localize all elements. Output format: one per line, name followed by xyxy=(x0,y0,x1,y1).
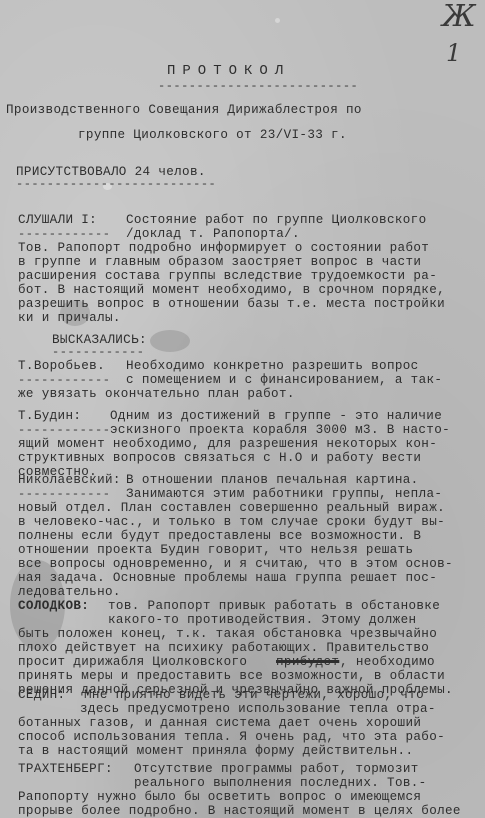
speaker-underline: ------------ xyxy=(18,373,110,387)
heard-body-line: Тов. Рапопорт подробно информирует о сос… xyxy=(18,241,429,255)
speech-line: в человеко-час., и только в том случае с… xyxy=(18,515,445,529)
speaker-underline: ------------ xyxy=(18,487,110,501)
speech-line: ледовательно. xyxy=(18,585,121,599)
spoke-heading-underline: ------------ xyxy=(52,345,144,359)
paper-stain xyxy=(150,330,190,352)
speaker-name: Т.Воробьев. xyxy=(18,359,105,373)
heard-body-line: разрешить вопрос в отношении базы т.е. м… xyxy=(18,297,445,311)
heard-body-line: ки и причалы. xyxy=(18,311,121,325)
document-page: Ж 1 ПРОТОКОЛ -------------------------- … xyxy=(0,0,485,818)
heard-body-line: бот. В настоящий момент необходимо, в ср… xyxy=(18,283,445,297)
speech-line: новый отдел. План составлен совершенно р… xyxy=(18,501,445,515)
speaker-underline: ------------ xyxy=(18,423,110,437)
speech-line: отношении проекта Будин говорит, что нел… xyxy=(18,543,413,557)
speech-line: с помещением и с финансированием, а так- xyxy=(126,373,442,387)
speech-line: ящий момент необходимо, для разрешения н… xyxy=(18,437,437,451)
speech-line: , необходимо xyxy=(340,655,435,669)
speech-line: ная задача. Основные проблемы наша групп… xyxy=(18,571,437,585)
speech-line: какого-то противодействия. Этому должен xyxy=(108,613,416,627)
speech-line: полнены если будут предоставлены все воз… xyxy=(18,529,421,543)
speech-line: способ использования тепла. Я очень рад,… xyxy=(18,730,445,744)
document-title: ПРОТОКОЛ xyxy=(167,63,290,79)
speech-line: быть положен конец, т.к. такая обстановк… xyxy=(18,627,437,641)
speech-line: Необходимо конкретно разрешить вопрос xyxy=(126,359,419,373)
speech-line: та в настоящий момент приняла форму дейс… xyxy=(18,744,413,758)
title-underline: -------------------------- xyxy=(158,79,358,93)
speaker-name: СЕДИН: xyxy=(18,688,65,702)
attendance-underline: -------------------------- xyxy=(16,177,216,191)
speaker-name: Николаевский: xyxy=(18,473,121,487)
heard-label-underline: ------------ xyxy=(18,227,110,241)
speech-line: же увязать окончательно план работ. xyxy=(18,387,295,401)
heard-body-line: расширения состава группы вследствие тру… xyxy=(18,269,437,283)
speech-line: Занимаются этим работники группы, непла- xyxy=(126,487,442,501)
speech-line: Рапопорту нужно было бы осветить вопрос … xyxy=(18,790,421,804)
subtitle-line: группе Циолковского от 23/VI-33 г. xyxy=(78,128,347,142)
paper-speck xyxy=(275,18,280,23)
heard-label: СЛУШАЛИ I: xyxy=(18,213,97,227)
speech-line: здесь предусмотрено использование тепла … xyxy=(80,702,436,716)
speech-line: все вопросы одновременно, и я считаю, чт… xyxy=(18,557,453,571)
speech-line: В отношении планов печальная картина. xyxy=(126,473,419,487)
speech-line: ботанных газов, и данная система дает оч… xyxy=(18,716,421,730)
speaker-name: СОЛОДКОВ: xyxy=(18,599,89,613)
speech-line: реального выполнения последних. Тов.- xyxy=(134,776,427,790)
speech-line: эскизного проекта корабля 3000 м3. В нас… xyxy=(110,423,450,437)
speech-line: плохо действует на психику работающих. П… xyxy=(18,641,429,655)
speech-line: просит дирижабля Циолковского xyxy=(18,655,247,669)
speech-line: структивных вопросов связаться с Н.О и р… xyxy=(18,451,421,465)
speaker-name: Т.Будин: xyxy=(18,409,81,423)
speech-line: Мне приятно видеть эти чертежи, хорошо, … xyxy=(84,688,424,702)
speech-line: принять меры и предоставить все возможно… xyxy=(18,669,445,683)
heard-topic-line: /доклад т. Рапопорта/. xyxy=(126,227,300,241)
struck-out-word: прибудет xyxy=(276,655,339,669)
speech-line: Отсутствие программы работ, тормозит xyxy=(134,762,419,776)
speech-line: прорыве более подробно. В настоящий моме… xyxy=(18,804,461,818)
heard-topic-line: Состояние работ по группе Циолковского xyxy=(126,213,426,227)
speech-line: Одним из достижений в группе - это налич… xyxy=(110,409,442,423)
heard-body-line: в группе и главным образом заостряет воп… xyxy=(18,255,421,269)
handwritten-page-number: 1 xyxy=(446,40,461,66)
speech-line: тов. Рапопорт привык работать в обстанов… xyxy=(108,599,440,613)
handwritten-archive-mark: Ж xyxy=(442,4,476,30)
speaker-name: ТРАХТЕНБЕРГ: xyxy=(18,762,113,776)
subtitle-line: Производственного Совещания Дирижаблестр… xyxy=(6,103,362,117)
